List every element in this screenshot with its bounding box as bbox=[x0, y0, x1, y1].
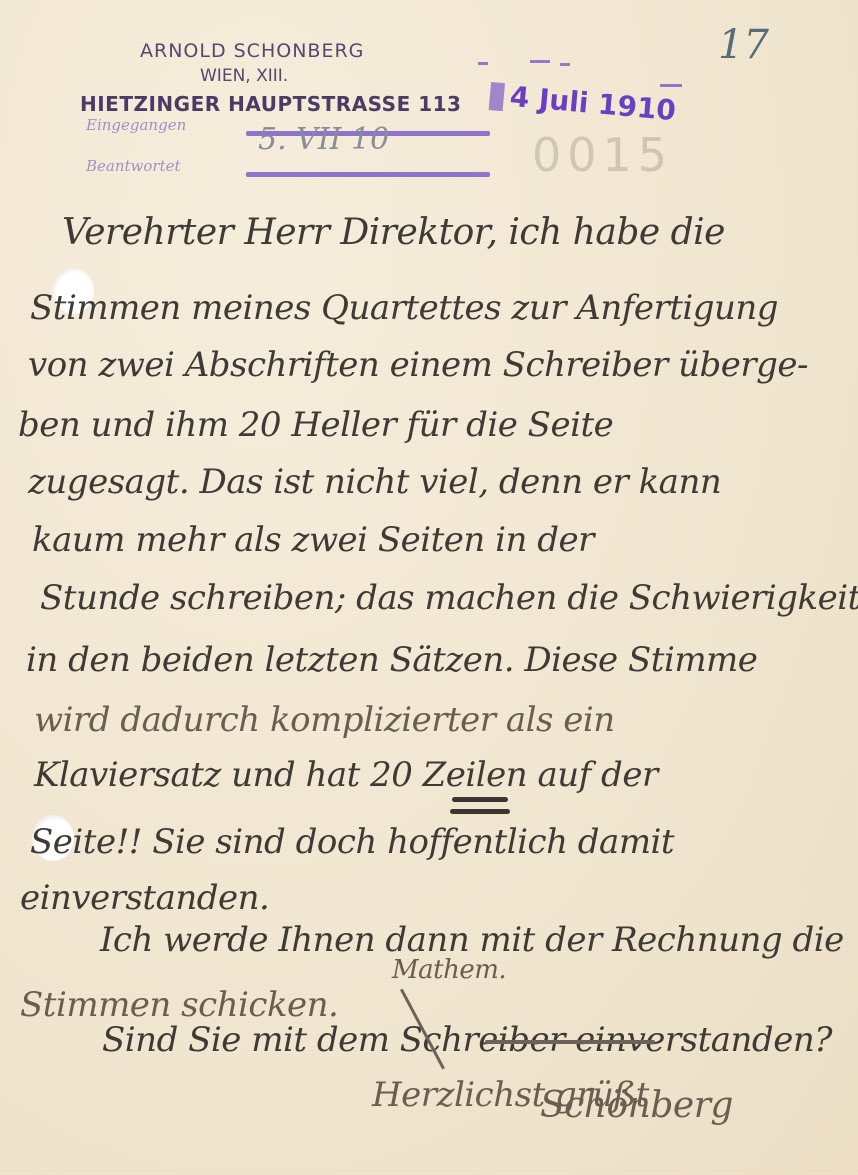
letter-line: Ich werde Ihnen dann mit der Rechnung di… bbox=[100, 920, 844, 960]
answered-date: 5. VII 10 bbox=[258, 122, 389, 157]
letter-line: Stunde schreiben; das machen die Schwier… bbox=[40, 578, 858, 618]
letter-line: Stimmen meines Quartettes zur Anfertigun… bbox=[30, 288, 778, 328]
stamp-mark bbox=[489, 82, 505, 111]
letter-line: kaum mehr als zwei Seiten in der bbox=[32, 520, 594, 560]
letter-line: in den beiden letzten Sätzen. Diese Stim… bbox=[26, 640, 757, 680]
emphasis-underline bbox=[450, 809, 510, 814]
letter-line: zugesagt. Das ist nicht viel, denn er ka… bbox=[28, 462, 721, 502]
letter-line: Klaviersatz und hat 20 Zeilen auf der bbox=[34, 755, 658, 795]
letter-line: wird dadurch komplizierter als ein bbox=[34, 700, 615, 740]
received-label: Eingegangen bbox=[86, 116, 186, 134]
letter-line: einverstanden. bbox=[20, 878, 269, 918]
page-number: 17 bbox=[718, 22, 769, 68]
letter-line: Verehrter Herr Direktor, ich habe die bbox=[62, 212, 725, 253]
letterhead-city: WIEN, XIII. bbox=[200, 66, 288, 86]
answered-label: Beantwortet bbox=[86, 157, 181, 175]
stamp-dash bbox=[660, 84, 682, 87]
signature: Schönberg bbox=[540, 1085, 733, 1126]
letter-line: Stimmen schicken. bbox=[20, 985, 338, 1025]
letterhead-name: ARNOLD SCHONBERG bbox=[140, 40, 364, 62]
letterhead-street: HIETZINGER HAUPTSTRASSE 113 bbox=[80, 92, 461, 116]
letter-line: Sind Sie mit dem Schreiber einverstanden… bbox=[102, 1020, 832, 1060]
letter-line: von zwei Abschriften einem Schreiber übe… bbox=[28, 345, 808, 385]
received-row: Eingegangen bbox=[86, 116, 186, 134]
answered-line bbox=[246, 172, 490, 177]
answered-row: Beantwortet bbox=[86, 157, 181, 175]
letter-line: Seite!! Sie sind doch hoffentlich damit bbox=[30, 822, 674, 862]
stamp-dash bbox=[478, 62, 488, 65]
archive-number: 0015 bbox=[532, 128, 673, 182]
emphasis-underline bbox=[452, 797, 508, 802]
underline bbox=[485, 1040, 655, 1044]
letter-line: ben und ihm 20 Heller für die Seite bbox=[18, 405, 613, 445]
stamp-dash bbox=[560, 63, 570, 66]
insertion-mark: Mathem. bbox=[392, 955, 506, 985]
stamp-dash bbox=[530, 60, 550, 63]
